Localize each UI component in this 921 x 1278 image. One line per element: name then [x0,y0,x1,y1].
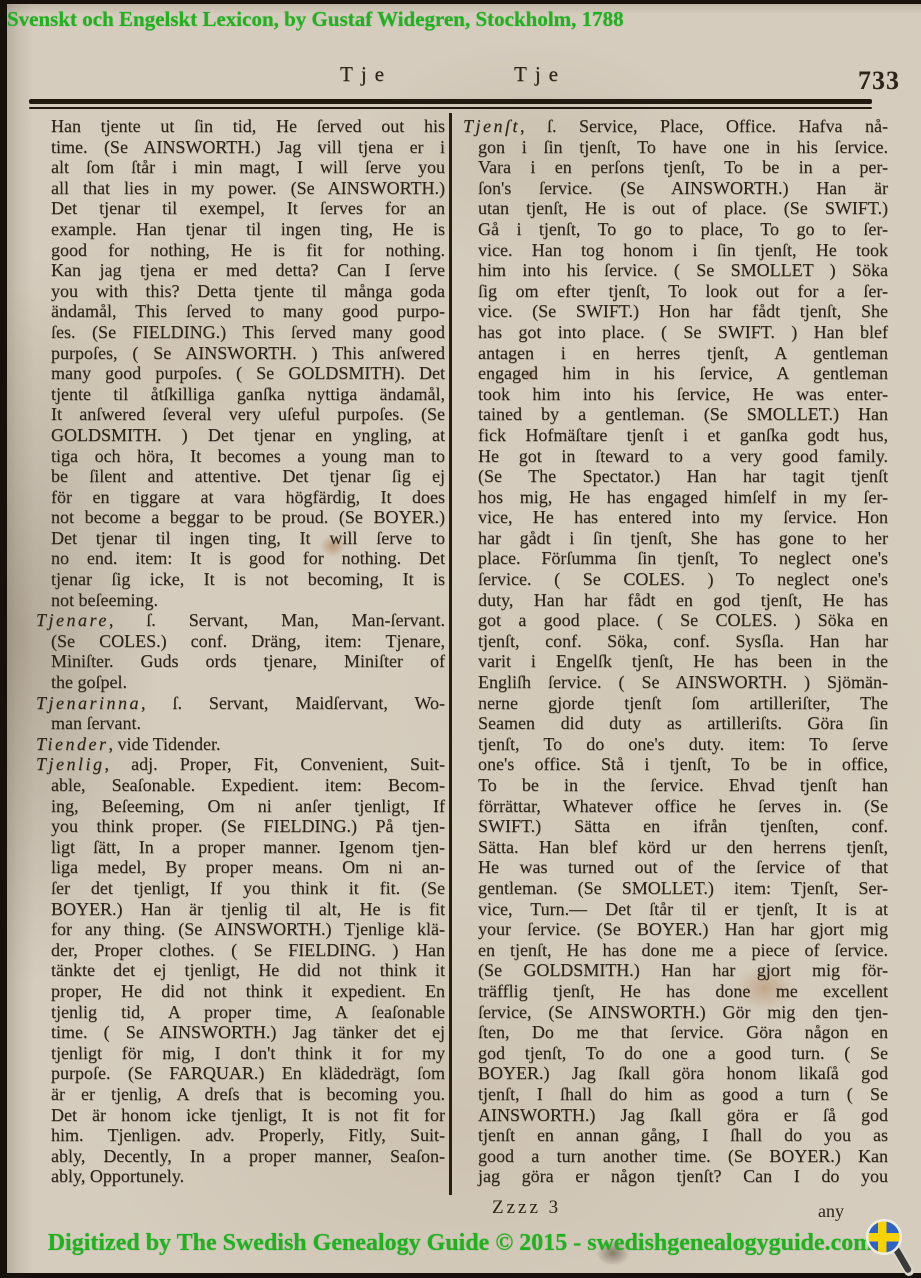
text-line: Seamen did duty as artilleriſts. Göra ſi… [463,713,888,734]
text-line: tjenſt, To do one's duty. item: To ſerve [463,734,888,755]
text-line: not beſeeming. [36,590,445,611]
text-line: tjenſt en annan gång, I ſhall do you as [463,1125,888,1146]
text-line: your ſervice. (Se BOYER.) Han har gjort … [463,919,888,940]
text-line: tjenligt för mig, I don't think it for m… [36,1043,445,1064]
text-line: Tjenlig, adj. Proper, Fit, Convenient, S… [36,754,445,775]
text-line: be ſilent and attentive. Det tjenar ſig … [36,466,445,487]
text-line: är er tjenlig, A dreſs that is becoming … [36,1084,445,1105]
text-line: Gå i tjenſt, To go to place, To go to ſe… [463,219,888,240]
left-column: Han tjente ut ſin tid, He ſerved out his… [36,116,445,1187]
scan-edge-top [0,0,921,4]
text-line: en tjenſt, He has done me a piece of ſer… [463,940,888,961]
entry-headword: Tjenare [36,610,109,630]
text-line: jag göra er någon tjenſt? Can I do you [463,1166,888,1187]
text-line: utan tjenſt, He is out of place. (Se SWI… [463,198,888,219]
text-line: ably, Decently, In a proper manner, Seaſ… [36,1146,445,1167]
digitization-title-overlay: Svenskt och Engelskt Lexicon, by Gustaf … [7,7,624,32]
text-line: ſervice, (Se AINSWORTH.) Gör mig den tje… [463,1002,888,1023]
text-line: place. Förſumma ſin tjenſt, To neglect o… [463,548,888,569]
digitization-footer-overlay: Digitized by The Swedish Genealogy Guide… [0,1230,921,1257]
text-line: To be in the ſervice. Ehvad tjenſt han [463,775,888,796]
text-line: god tjenſt, To do one a good turn. ( Se [463,1043,888,1064]
text-line: Sätta. Han blef körd ur den herrens tjen… [463,837,888,858]
text-line: good a turn another time. (Se BOYER.) Ka… [463,1146,888,1167]
text-line: Det tjenar til ingen ting, It will ſerve… [36,528,445,549]
text-line: him. Tjenligen. adv. Properly, Fitly, Su… [36,1125,445,1146]
column-divider-rule [449,113,452,1195]
text-line: time. (Se AINSWORTH.) Jag vill tjena er … [36,137,445,158]
text-line: the goſpel. [36,672,445,693]
text-line: good for nothing, He is fit for nothing. [36,240,445,261]
text-line: Han tjente ut ſin tid, He ſerved out his [36,116,445,137]
page-number: 733 [858,66,900,96]
text-line: purpoſes, ( Se AINSWORTH. ) This anſwere… [36,343,445,364]
text-line: liga medel, By proper means. Om ni an- [36,857,445,878]
text-line: proper, He did not think it expedient. E… [36,981,445,1002]
text-line: engaged him in his ſervice, A gentleman [463,363,888,384]
text-line: gon i ſin tjenſt, To have one in his ſer… [463,137,888,158]
text-line: har gådt i ſin tjenſt, She has gone to h… [463,528,888,549]
text-line: träfflig tjenſt, He has done me excellen… [463,981,888,1002]
text-line: alt ſom ſtår i min magt, I will ſerve yo… [36,157,445,178]
text-line: tjenlig tid, A proper time, A ſeaſonable [36,1002,445,1023]
text-line: förrättar, Whatever office he ſerves in.… [463,796,888,817]
text-line: duty, Han har fådt en god tjenſt, He has [463,590,888,611]
swedish-flag-magnifier-icon [855,1211,917,1277]
text-line: time. ( Se AINSWORTH.) Jag tänker det ej [36,1022,445,1043]
text-line: It anſwered ſeveral very uſeful purpoſes… [36,404,445,425]
text-line: vice. Han tog honom i ſin tjenſt, He too… [463,240,888,261]
text-line: for any thing. (Se AINSWORTH.) Tjenlige … [36,919,445,940]
text-line: him into his ſervice. ( Se SMOLLET ) Sök… [463,260,888,281]
text-line: ſten, Do me that ſervice. Göra någon en [463,1022,888,1043]
text-line: Vara i en perſons tjenſt, To be in a per… [463,157,888,178]
text-line: got a good place. ( Se COLES. ) Söka en [463,610,888,631]
text-line: tjente til åtſkilliga ganſka nyttiga änd… [36,384,445,405]
text-line: hos mig, He has engaged himſelf in my ſe… [463,487,888,508]
text-line: Tjenare, ſ. Servant, Man, Man-ſervant. [36,610,445,631]
entry-headword: Tiender [36,734,109,754]
entry-headword: Tjenſt [463,116,520,136]
text-line: nerne gjorde tjenſt ſom artilleriſter, T… [463,693,888,714]
text-line: ably, Opportunely. [36,1166,445,1187]
text-line: tiga och höra, It becomes a young man to [36,446,445,467]
text-line: för en tiggare at vara högfärdig, It doe… [36,487,445,508]
text-line: no end. item: It is good for nothing. De… [36,548,445,569]
text-line: (Se COLES.) conf. Dräng, item: Tjenare, [36,631,445,652]
text-line: (Se GOLDSMITH.) Han har gjort mig för- [463,960,888,981]
text-line: not become a beggar to be proud. (Se BOY… [36,507,445,528]
text-line: example. Han tjenar til ingen ting, He i… [36,219,445,240]
text-line: ſon's ſervice. (Se AINSWORTH.) Han är [463,178,888,199]
text-line: Kan jag tjena er med detta? Can I ſerve [36,260,445,281]
text-line: took him into his ſervice, He was enter- [463,384,888,405]
text-line: Det tjenar til exempel, It ſerves for an [36,198,445,219]
printer-signature: Zzzz 3 [492,1197,561,1219]
text-line: BOYER.) Han är tjenlig til alt, He is fi… [36,899,445,920]
text-line: man ſervant. [36,713,445,734]
text-line: He was turned out of the ſervice of that [463,857,888,878]
text-line: ändamål, This ſerved to many good purpo- [36,301,445,322]
right-column: Tjenſt, ſ. Service, Place, Office. Hafva… [463,116,888,1187]
text-line: tained by a gentleman. (Se SMOLLET.) Han [463,404,888,425]
catchword: any [818,1201,844,1222]
text-line: ſig om efter tjenſt, To look out for a ſ… [463,281,888,302]
text-line: ſes. (Se FIELDING.) This ſerved many goo… [36,322,445,343]
text-line: SWIFT.) Sätta en ifrån tjenſten, conf. [463,816,888,837]
text-line: tjenar ſig icke, It is not becoming, It … [36,569,445,590]
text-line: gentleman. (Se SMOLLET.) item: Tjenſt, S… [463,878,888,899]
text-line: varit i Engelſk tjenſt, He has been in t… [463,651,888,672]
text-line: you with this? Detta tjente til många go… [36,281,445,302]
text-line: has got into place. ( Se SWIFT. ) Han bl… [463,322,888,343]
text-line: der, Proper clothes. ( Se FIELDING. ) Ha… [36,940,445,961]
scan-edge-bottom [0,1273,921,1278]
text-line: Engliſh ſervice. ( Se AINSWORTH. ) Sjömä… [463,672,888,693]
text-line: many good purpoſes. ( Se GOLDSMITH). Det [36,363,445,384]
text-line: vice. (Se SWIFT.) Hon har fådt tjenſt, S… [463,301,888,322]
text-line: ſervice. ( Se COLES. ) To neglect one's [463,569,888,590]
text-line: ing, Beſeeming, Om ni anſer tjenligt, If [36,796,445,817]
text-line: Tjenarinna, ſ. Servant, Maidſervant, Wo- [36,693,445,714]
entry-headword: Tjenarinna [36,693,141,713]
text-line: antagen i en herres tjenſt, A gentleman [463,343,888,364]
running-head-left: Tje [340,62,392,87]
text-line: ligt ſätt, In a proper manner. Igenom tj… [36,837,445,858]
header-rule-thick [29,99,872,104]
text-line: Det är honom icke tjenligt, It is not fi… [36,1105,445,1126]
entry-headword: Tjenlig [36,754,105,774]
text-line: able, Seaſonable. Expedient. item: Becom… [36,775,445,796]
text-line: He got in ſteward to a very good family. [463,446,888,467]
text-line: ſer det tjenligt, If you think it fit. (… [36,878,445,899]
text-line: you think proper. (Se FIELDING.) På tjen… [36,816,445,837]
scan-edge-left [0,0,7,1278]
text-line: BOYER.) Jag ſkall göra honom likaſå god [463,1063,888,1084]
text-line: one's office. Stå i tjenſt, To be in off… [463,754,888,775]
text-line: GOLDSMITH. ) Det tjenar en yngling, at [36,425,445,446]
text-line: AINSWORTH.) Jag ſkall göra er ſå god [463,1105,888,1126]
text-line: all that lies in my power. (Se AINSWORTH… [36,178,445,199]
text-line: tjenſt, I ſhall do him as good a turn ( … [463,1084,888,1105]
text-line: tjenſt, conf. Söka, conf. Sysſla. Han ha… [463,631,888,652]
text-line: purpoſe. (Se FARQUAR.) En klädedrägt, ſo… [36,1063,445,1084]
text-line: Miniſter. Guds ords tjenare, Miniſter of [36,651,445,672]
running-head-right: Tje [514,62,566,87]
text-line: vice, He has entered into my ſervice. Ho… [463,507,888,528]
text-line: fick Hofmäſtare tjenſt i et ganſka godt … [463,425,888,446]
text-line: tänkte det ej tjenligt, He did not think… [36,960,445,981]
text-line: (Se The Spectator.) Han har tagit tjenſt [463,466,888,487]
header-rule-thin [29,107,872,109]
text-line: vice, Turn.— Det ſtår til er tjenſt, It … [463,899,888,920]
text-line: Tiender, vide Tidender. [36,734,445,755]
text-line: Tjenſt, ſ. Service, Place, Office. Hafva… [463,116,888,137]
